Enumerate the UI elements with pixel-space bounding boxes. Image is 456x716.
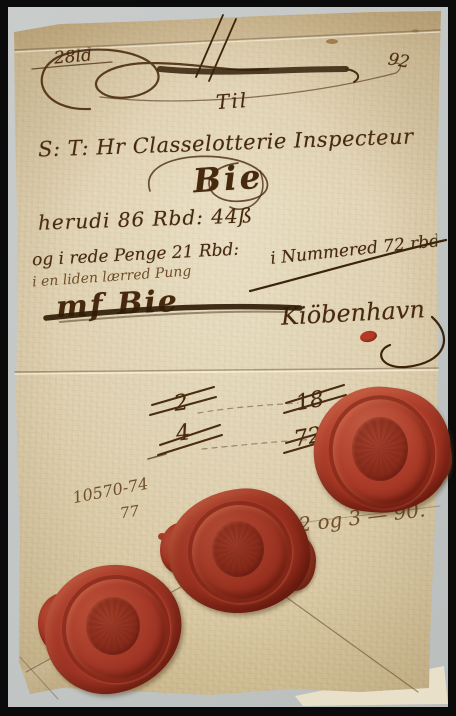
crossed-number: 4	[174, 420, 191, 447]
salutation: Til	[215, 88, 249, 114]
wax-seal-center	[168, 489, 310, 613]
weight-note: 28ld	[53, 45, 93, 68]
account-number-2: 77	[119, 502, 141, 523]
account-number: 10570-74	[71, 474, 150, 507]
paper-stain	[326, 39, 338, 44]
scan-frame: 28ld 92 Til S: T: Hr Classelotterie Insp…	[0, 0, 456, 716]
crossed-number: 2	[172, 390, 189, 417]
address-line: S: T: Hr Classelotterie Inspecteur	[38, 124, 414, 161]
seal-coat-of-arms	[352, 417, 408, 481]
rate-number: 92	[387, 49, 412, 72]
wax-seal-bottom-left	[44, 565, 182, 693]
wax-droplet	[359, 329, 378, 343]
scanner-bed: 28ld 92 Til S: T: Hr Classelotterie Insp…	[8, 7, 448, 707]
seal-coat-of-arms	[212, 521, 264, 577]
money-line: og i rede Penge 21 Rbd:	[32, 240, 240, 271]
seal-coat-of-arms	[86, 597, 140, 655]
signature: mf Bie	[55, 284, 180, 325]
number-line: i Nummered 72 rbd	[269, 231, 441, 269]
wax-seal-right	[314, 387, 450, 513]
amount-line: herudi 86 Rbd: 44ß	[38, 203, 254, 234]
city-name: Kiöbenhavn	[280, 295, 425, 330]
addressee-name: Bie	[192, 157, 265, 201]
